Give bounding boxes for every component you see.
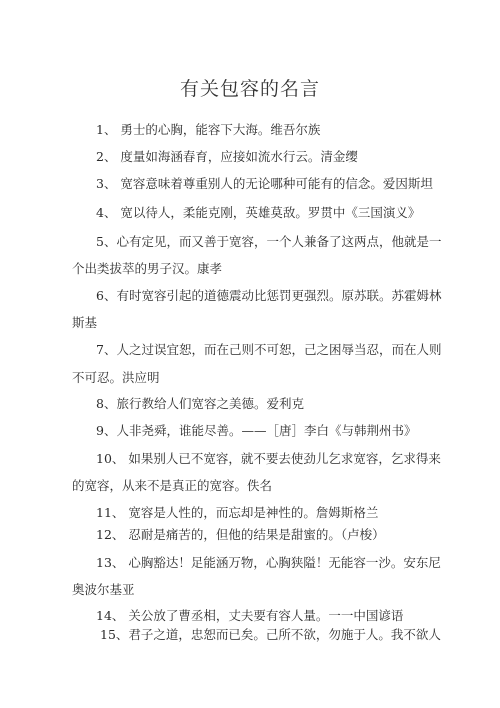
quote-line-continuation: 奥波尔基亚 — [72, 580, 135, 598]
quote-line: 7、人之过误宜恕，而在己则不可恕，己之困辱当忍，而在人则 — [96, 340, 441, 358]
quote-line-continuation: 斯基 — [72, 313, 97, 331]
quote-line: 1、 勇士的心胸，能容下大海。维吾尔族 — [96, 120, 320, 138]
quote-line: 10、 如果别人已不宽容，就不要去使劲儿乞求宽容，乞求得来 — [96, 449, 441, 467]
quote-line: 11、 宽容是人性的，而忘却是神性的。詹姆斯格兰 — [96, 503, 378, 521]
quote-line: 9、人非尧舜，谁能尽善。——［唐］李白《与韩荆州书》 — [96, 421, 416, 439]
quote-line: 12、 忍耐是痛苦的，但他的结果是甜蜜的。（卢梭） — [96, 525, 385, 543]
quote-line: 13、 心胸豁达！足能涵万物，心胸狭隘！无能容一沙。安东尼 — [96, 553, 441, 571]
document-title: 有关包容的名言 — [0, 74, 500, 101]
quote-line-continuation: 不可忍。洪应明 — [72, 368, 160, 386]
quote-line: 5、心有定见，而又善于宽容，一个人兼备了这两点，他就是一 — [96, 232, 441, 250]
quote-line: 15、君子之道，忠恕而已矣。己所不欲，勿施于人。我不欲人 — [100, 625, 441, 643]
quote-line: 4、 宽以待人，柔能克刚，英雄莫敌。罗贯中《三国演义》 — [96, 203, 420, 221]
quote-line-continuation: 的宽容，从来不是真正的宽容。佚名 — [72, 476, 272, 494]
quote-line: 3、 宽容意味着尊重别人的无论哪种可能有的信念。爱因斯坦 — [96, 174, 433, 192]
quote-line: 8、旅行教给人们宽容之美德。爱利克 — [96, 394, 304, 412]
quote-line: 6、有时宽容引起的道德震动比惩罚更强烈。原苏联。苏霍姆林 — [96, 286, 441, 304]
quote-line: 2、 度量如海涵春育，应接如流水行云。清金缨 — [96, 147, 358, 165]
quote-line-continuation: 个出类拔萃的男子汉。康孝 — [72, 259, 222, 277]
quote-line: 14、 关公放了曹丞相，丈夫要有容人量。一一中国谚语 — [96, 606, 403, 624]
